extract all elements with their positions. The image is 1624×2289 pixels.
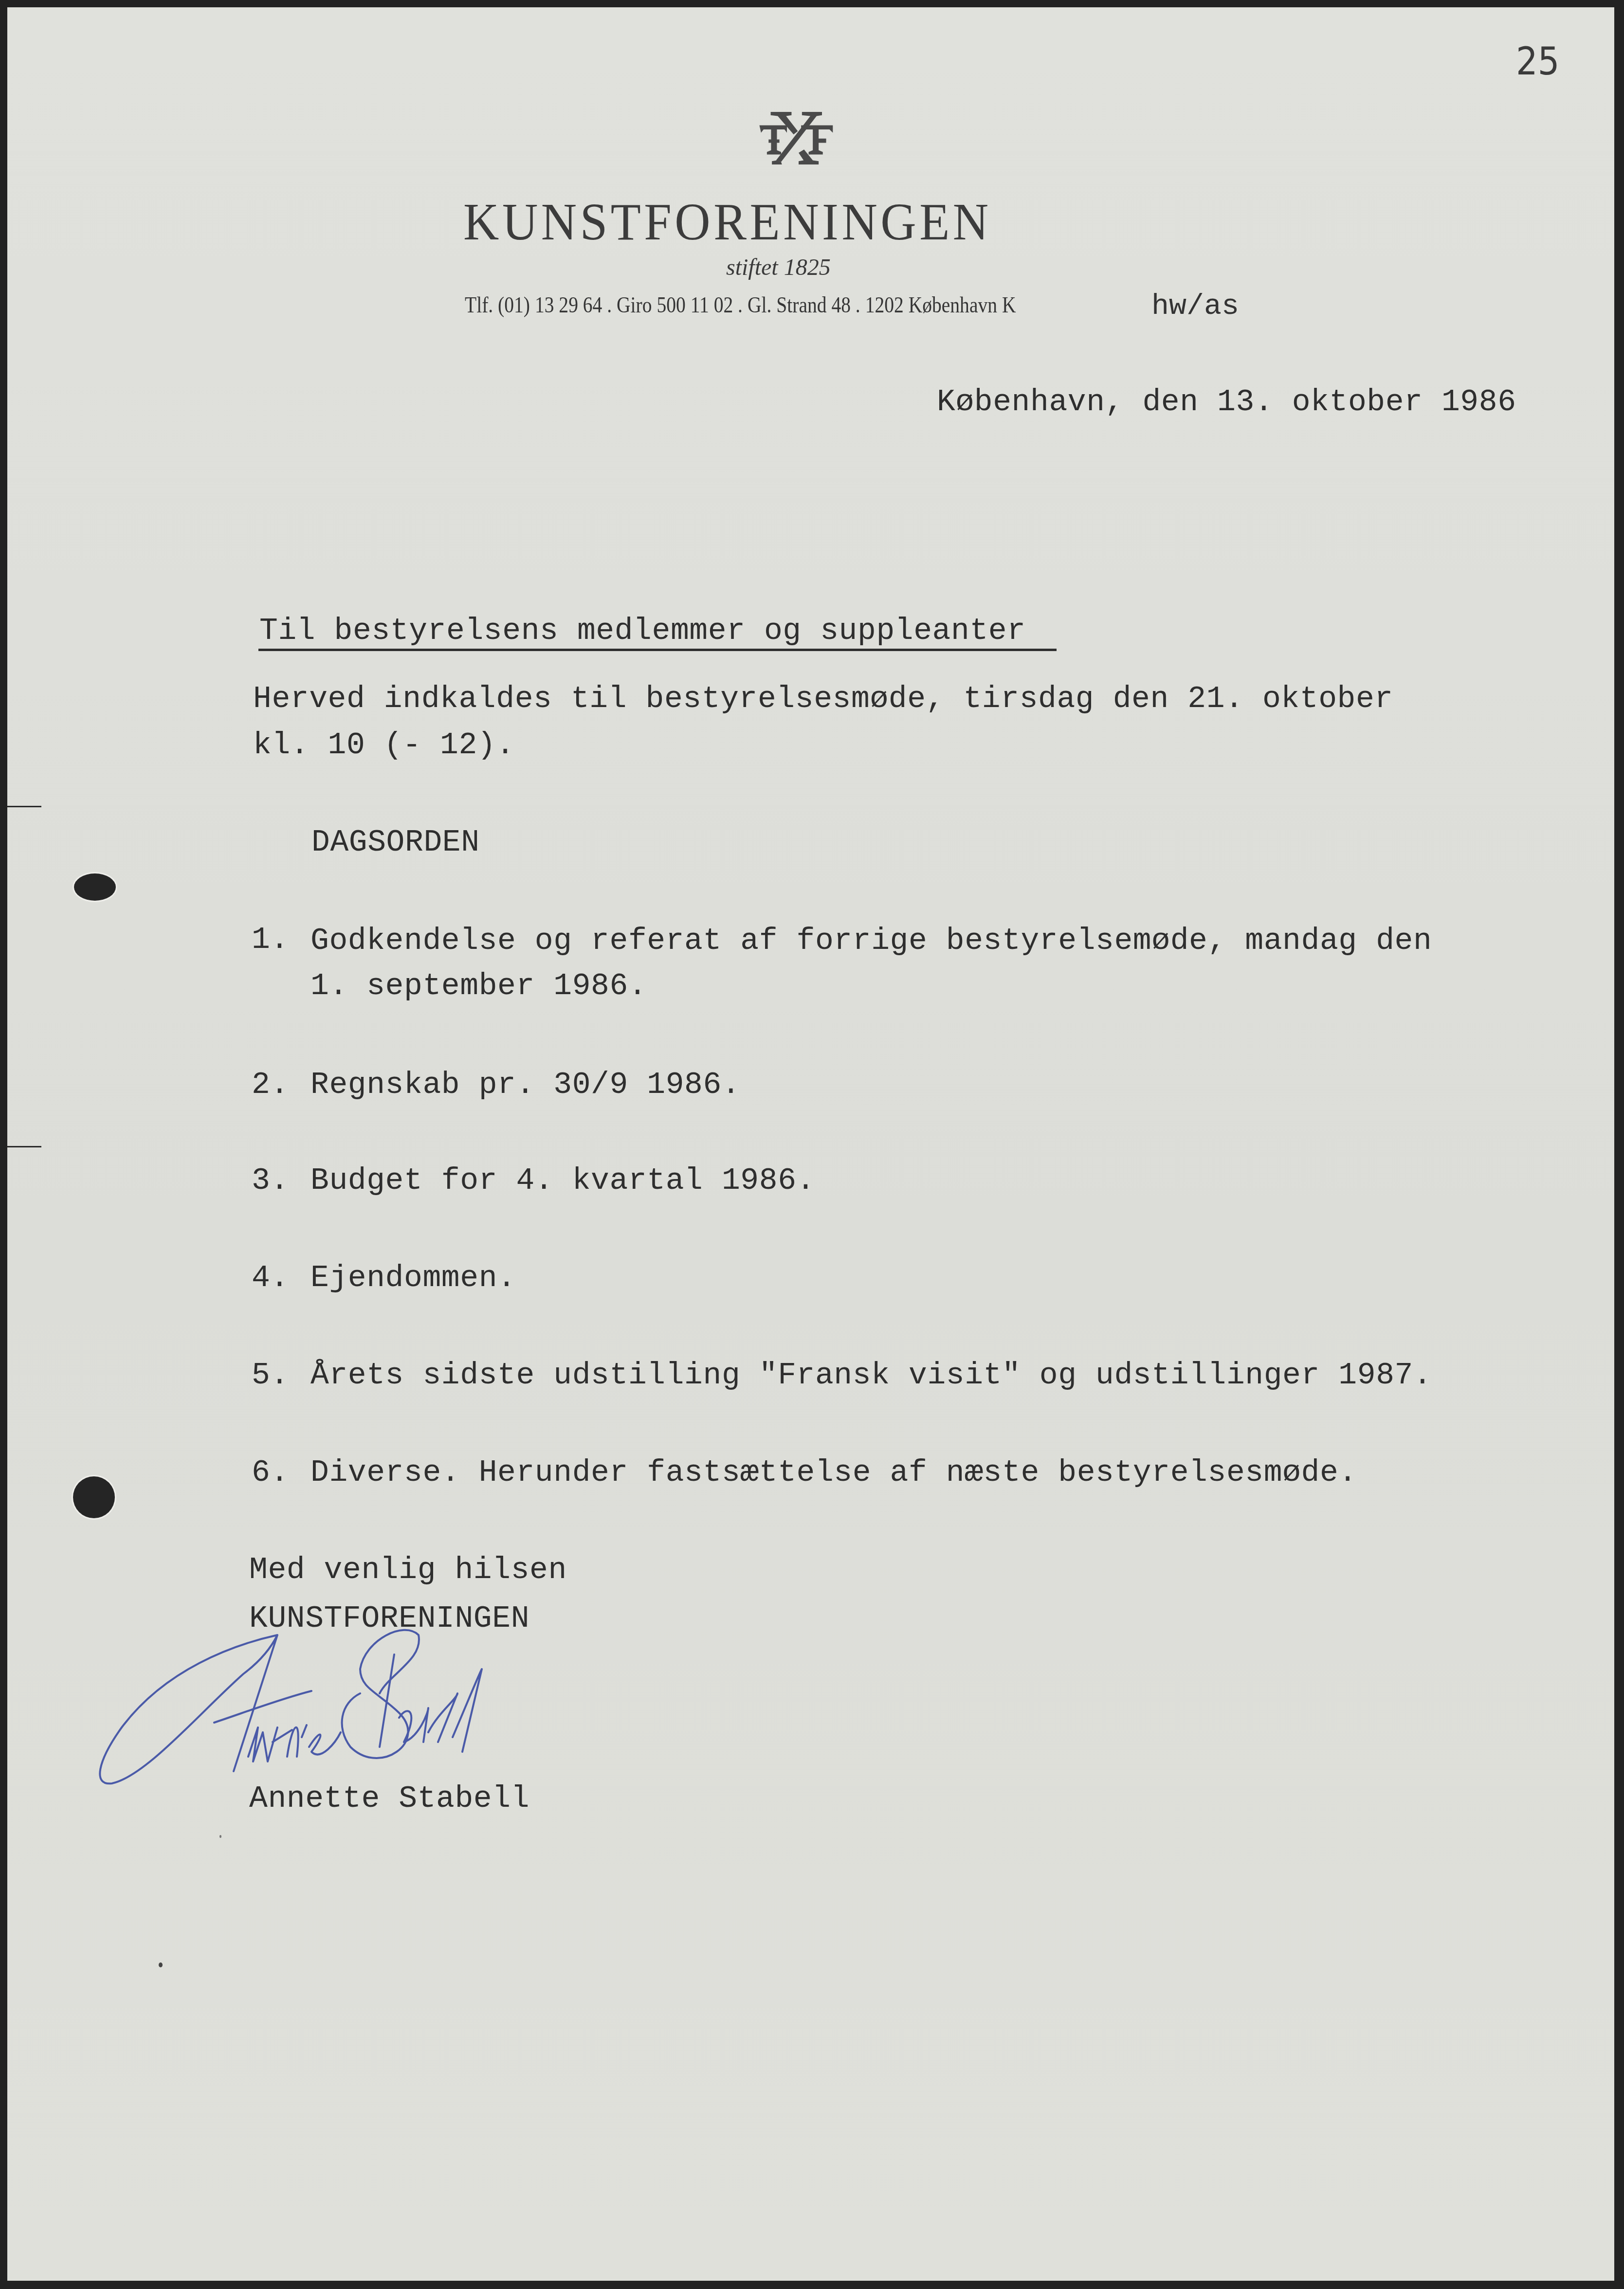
agenda-item: Regnskab pr. 30/9 1986. — [310, 1070, 740, 1100]
agenda-heading: DAGSORDEN — [311, 827, 480, 858]
closing-line: Med venlig hilsen — [249, 1555, 567, 1585]
agenda-number: 4. — [252, 1263, 289, 1293]
founded-line: stiftet 1825 — [726, 254, 831, 281]
agenda-number: 6. — [252, 1457, 289, 1488]
agenda-item: Budget for 4. kvartal 1986. — [310, 1165, 815, 1196]
agenda-number: 5. — [252, 1360, 289, 1391]
punch-hole — [73, 1476, 115, 1518]
agenda-number: 3. — [252, 1165, 289, 1196]
organization-name: KUNSTFORENINGEN — [463, 192, 1090, 253]
intro-line: Herved indkaldes til bestyrelsesmøde, ti… — [253, 684, 1393, 714]
agenda-number: 2. — [252, 1070, 289, 1100]
page-number: 25 — [1516, 40, 1559, 84]
fold-mark — [7, 1146, 41, 1147]
agenda-item: Diverse. Herunder fastsættelse af næste … — [310, 1457, 1357, 1488]
agenda-number: 1. — [252, 925, 289, 955]
paper-speck — [219, 1835, 221, 1838]
agenda-item-continuation: 1. september 1986. — [310, 971, 647, 1001]
reference-initials: hw/as — [1151, 290, 1239, 323]
recipient-line: Til bestyrelsens medlemmer og suppleante… — [259, 616, 1026, 646]
letter-page — [7, 7, 1614, 2281]
fold-mark — [7, 806, 41, 807]
agenda-item: Årets sidste udstilling "Fransk visit" o… — [310, 1360, 1432, 1391]
signatory-name: Annette Stabell — [249, 1783, 529, 1814]
agenda-item: Godkendelse og referat af forrige bestyr… — [310, 926, 1432, 956]
place-date: København, den 13. oktober 1986 — [937, 387, 1516, 418]
paper-speck — [159, 1962, 163, 1967]
intro-line: kl. 10 (- 12). — [253, 730, 515, 761]
agenda-item: Ejendommen. — [310, 1263, 516, 1293]
punch-hole — [74, 873, 116, 901]
kf-monogram-icon — [752, 106, 839, 170]
contact-line: Tlf. (01) 13 29 64 . Giro 500 11 02 . Gl… — [465, 292, 1016, 318]
recipient-underline — [258, 649, 1057, 651]
